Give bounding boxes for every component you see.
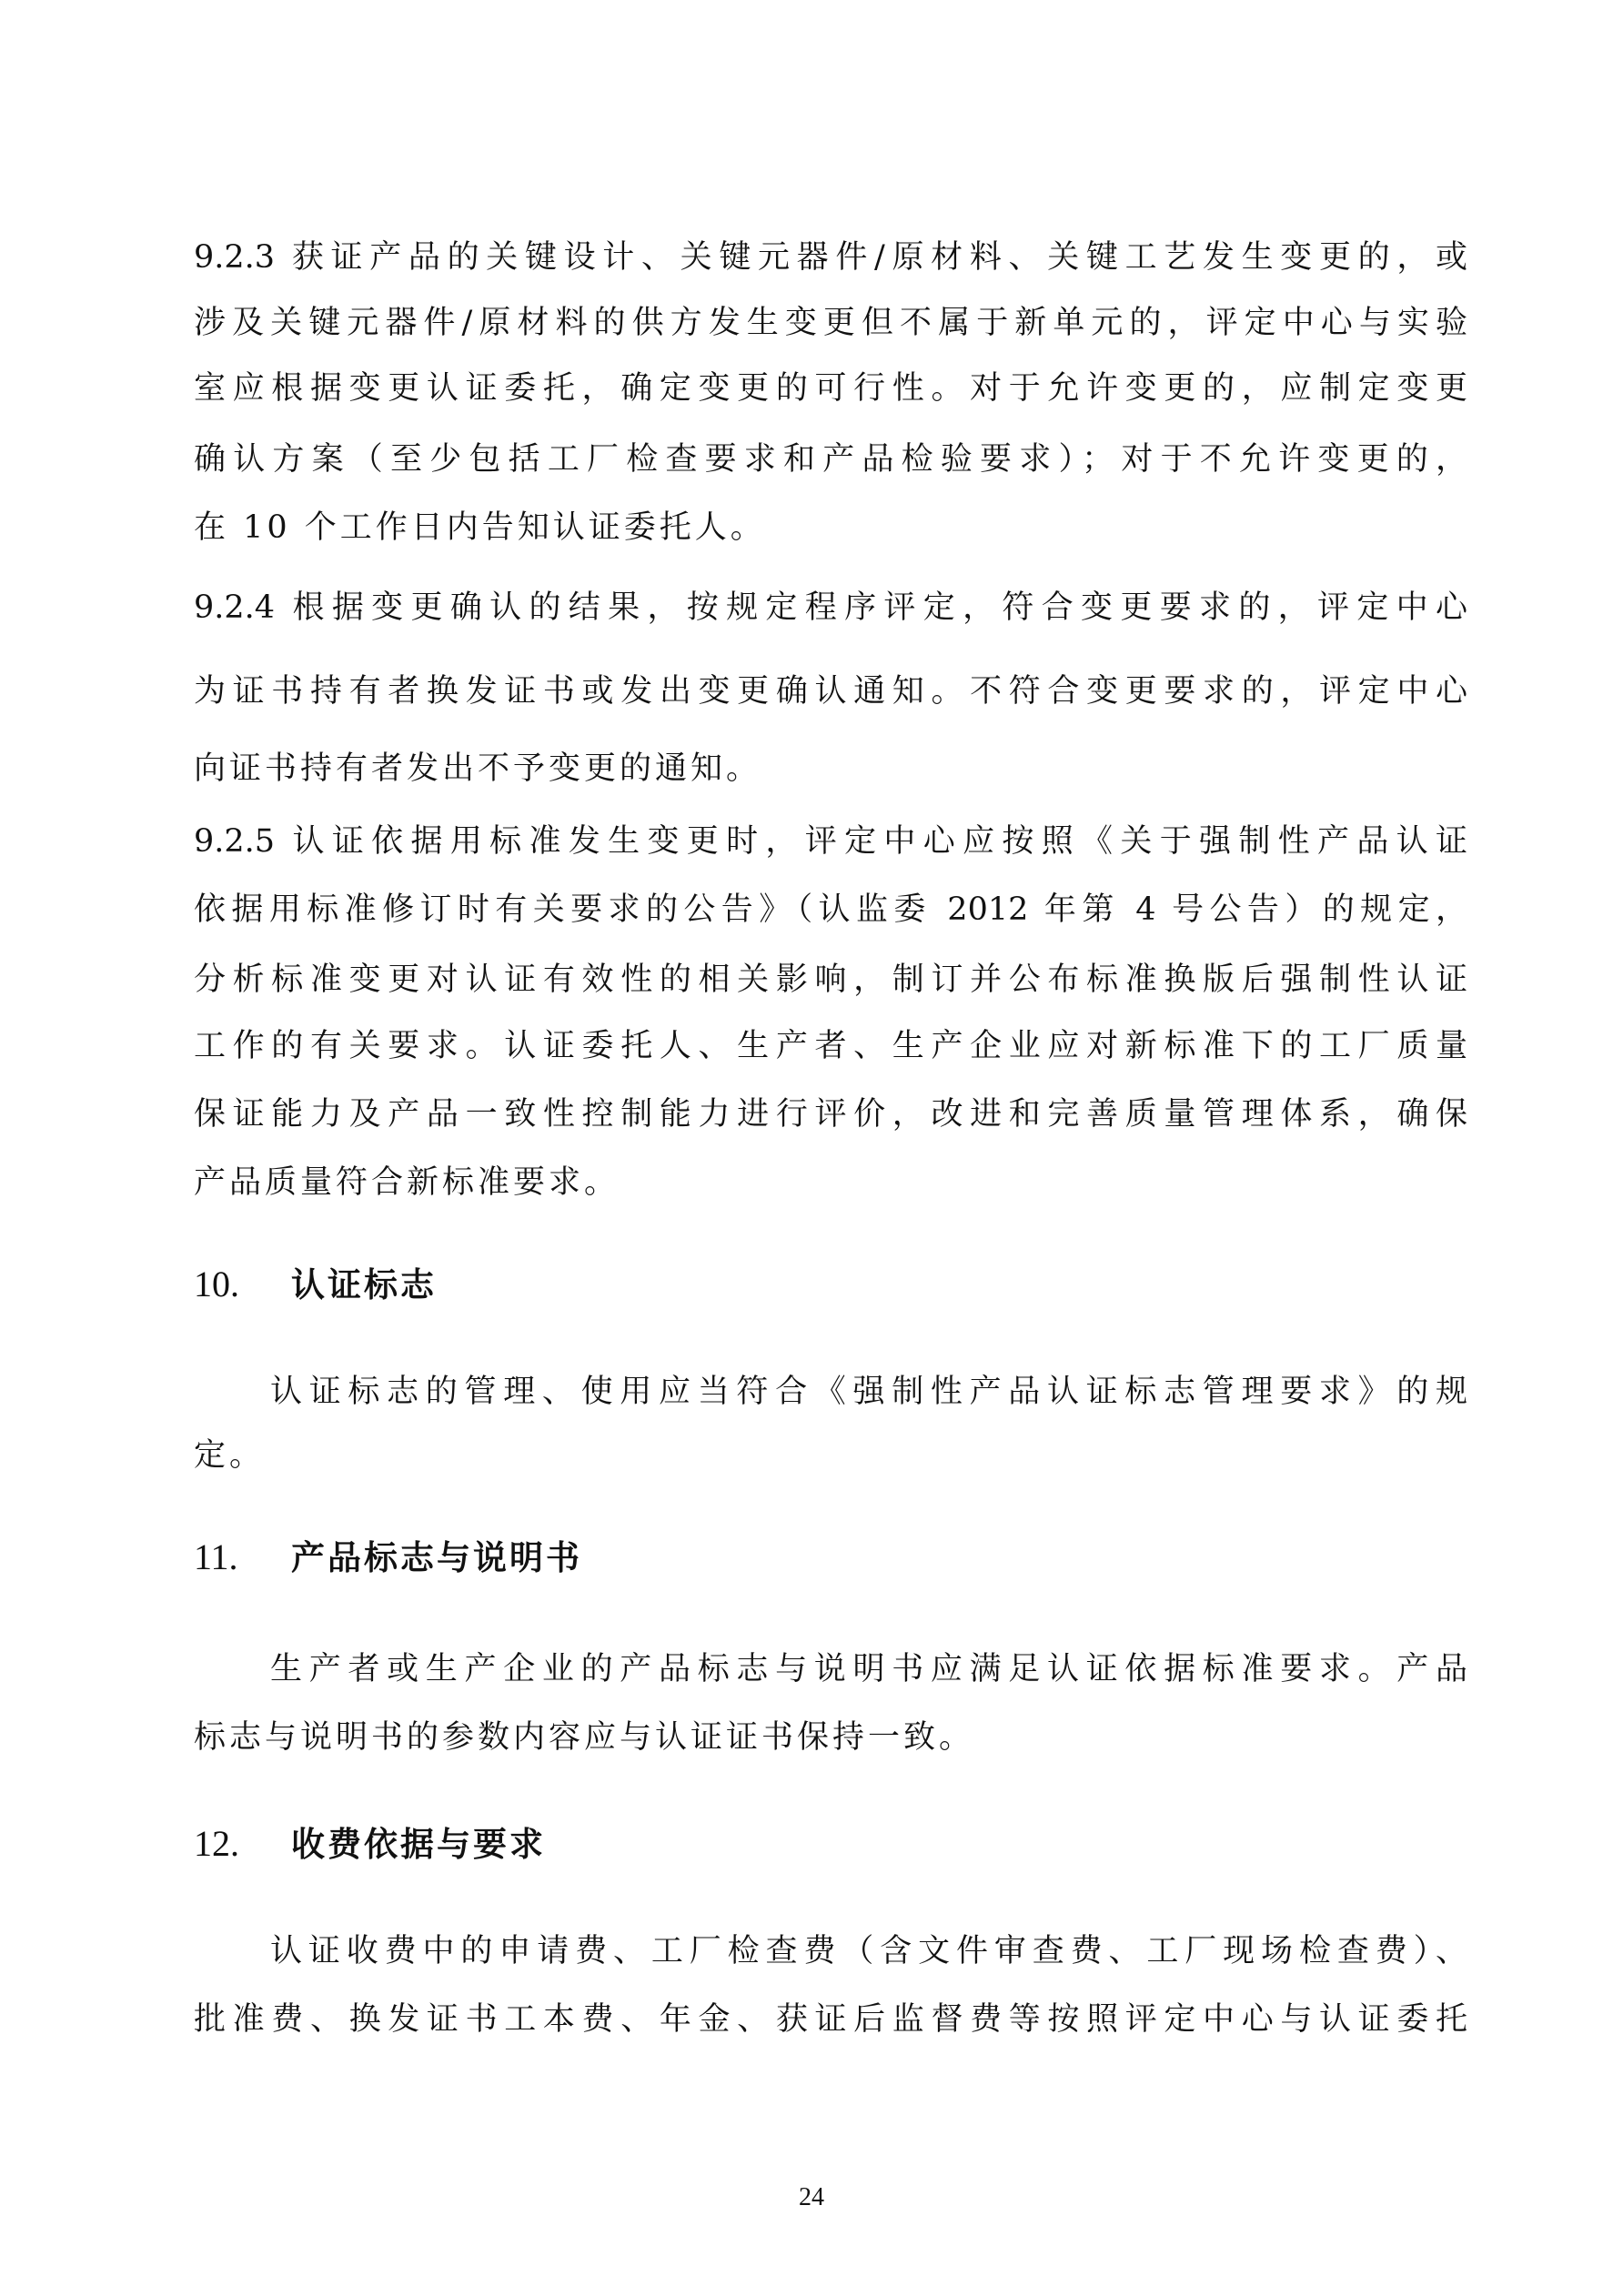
paragraph-line: 涉及关键元器件/原材料的供方发生变更但不属于新单元的，评定中心与实验 bbox=[194, 301, 1467, 345]
page-number: 24 bbox=[0, 2183, 1623, 2212]
paragraph-line: 标志与说明书的参数内容应与认证证书保持一致。 bbox=[194, 1716, 1467, 1759]
paragraph-line: 在 10 个工作日内告知认证委托人。 bbox=[194, 506, 1467, 549]
paragraph-line: 保证能力及产品一致性控制能力进行评价，改进和完善质量管理体系，确保 bbox=[194, 1093, 1467, 1136]
paragraph-line: 确认方案（至少包括工厂检查要求和产品检验要求）；对于不允许变更的， bbox=[194, 438, 1467, 481]
heading-number: 10. bbox=[194, 1261, 239, 1308]
paragraph-line: 9.2.5 认证依据用标准发生变更时，评定中心应按照《关于强制性产品认证 bbox=[194, 820, 1467, 863]
paragraph-line: 室应根据变更认证委托，确定变更的可行性。对于允许变更的，应制定变更 bbox=[194, 367, 1467, 410]
document-page: 9.2.3 获证产品的关键设计、关键元器件/原材料、关键工艺发生变更的，或 涉及… bbox=[0, 0, 1623, 2296]
paragraph-line: 定。 bbox=[194, 1434, 1467, 1477]
paragraph-line: 产品质量符合新标准要求。 bbox=[194, 1161, 1467, 1204]
paragraph-line: 向证书持有者发出不予变更的通知。 bbox=[194, 747, 1467, 791]
heading-number: 11. bbox=[194, 1534, 238, 1581]
paragraph-line: 生产者或生产企业的产品标志与说明书应满足认证依据标准要求。产品 bbox=[270, 1647, 1467, 1691]
paragraph-line: 工作的有关要求。认证委托人、生产者、生产企业应对新标准下的工厂质量 bbox=[194, 1024, 1467, 1068]
heading-title: 收费依据与要求 bbox=[291, 1820, 546, 1868]
heading-title: 产品标志与说明书 bbox=[291, 1534, 582, 1581]
heading-number: 12. bbox=[194, 1820, 239, 1868]
paragraph-line: 认证收费中的申请费、工厂检查费（含文件审查费、工厂现场检查费）、 bbox=[270, 1929, 1467, 1973]
heading-title: 认证标志 bbox=[291, 1261, 437, 1308]
paragraph-line: 批准费、换发证书工本费、年金、获证后监督费等按照评定中心与认证委托 bbox=[194, 1998, 1467, 2041]
paragraph-line: 为证书持有者换发证书或发出变更确认通知。不符合变更要求的，评定中心 bbox=[194, 670, 1467, 713]
paragraph-line: 认证标志的管理、使用应当符合《强制性产品认证标志管理要求》的规 bbox=[270, 1370, 1467, 1414]
paragraph-line: 分析标准变更对认证有效性的相关影响，制订并公布标准换版后强制性认证 bbox=[194, 958, 1467, 1002]
paragraph-line: 9.2.4 根据变更确认的结果，按规定程序评定，符合变更要求的，评定中心 bbox=[194, 586, 1467, 629]
paragraph-line: 9.2.3 获证产品的关键设计、关键元器件/原材料、关键工艺发生变更的，或 bbox=[194, 236, 1467, 279]
paragraph-line: 依据用标准修订时有关要求的公告》（认监委 2012 年第 4 号公告）的规定， bbox=[194, 888, 1467, 931]
